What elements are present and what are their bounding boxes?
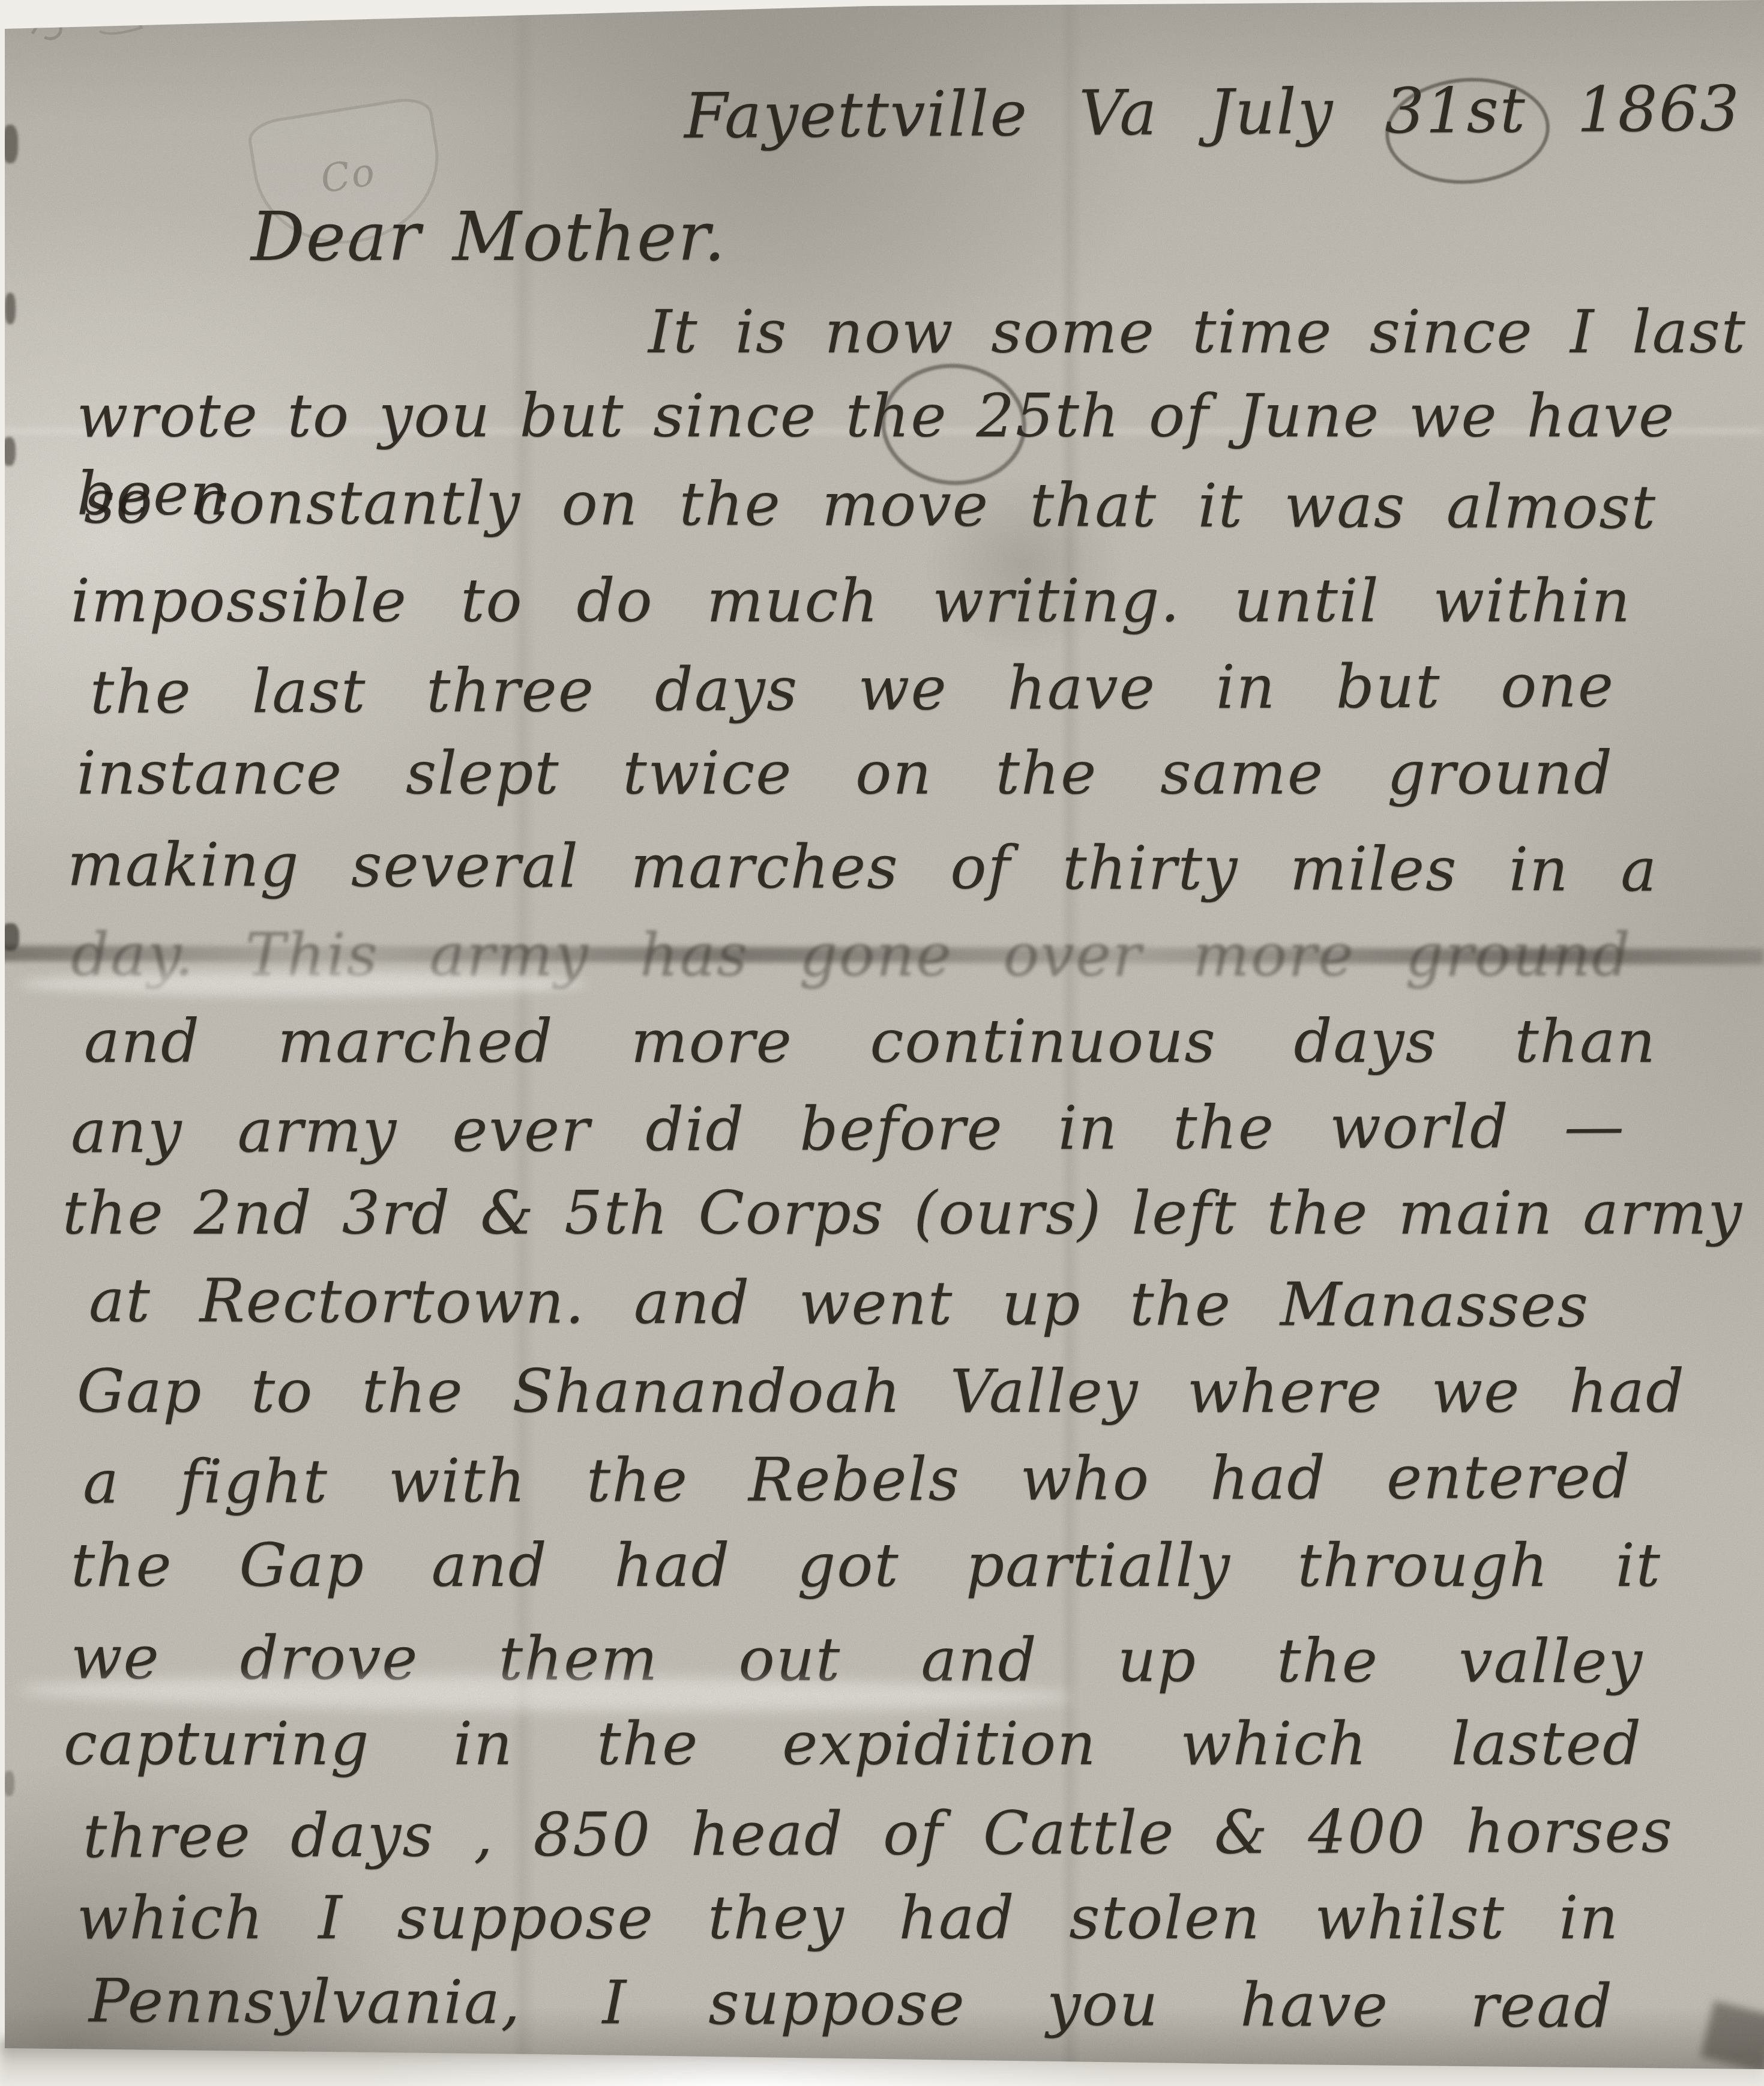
paper-edge-mark	[5, 293, 16, 324]
letter-line-15: the Gap and had got partially through it	[71, 1527, 1661, 1605]
letter-line-20: Pennsylvania, I suppose you have read	[89, 1962, 1613, 2046]
crease-highlight	[18, 971, 588, 996]
letter-line-12: at Rectortown. and went up the Manasses	[89, 1262, 1589, 1345]
letter-line-7: making several marches of thirty miles i…	[67, 825, 1658, 909]
paper-edge-mark	[2, 437, 16, 466]
paper-edge-mark	[4, 1771, 14, 1796]
letter-line-6: instance slept twice on the same ground	[77, 734, 1613, 812]
dateline: Fayettville Va July 31st 1863	[684, 70, 1741, 155]
horizontal-crease-line	[0, 945, 1764, 964]
letter-line-11: the 2nd 3rd & 5th Corps (ours) left the …	[62, 1174, 1743, 1252]
letter-paper: Co Fayettville Va July 31st 1863 Dear Mo…	[0, 0, 1764, 2086]
letter-line-13: Gap to the Shanandoah Valley where we ha…	[77, 1352, 1685, 1430]
salutation: Dear Mother.	[251, 198, 726, 276]
letter-line-10: any army ever did before in the world —	[71, 1087, 1625, 1171]
pencil-scribble-mark	[24, 5, 192, 59]
letter-line-19: which I suppose they had stolen whilst i…	[77, 1879, 1619, 1957]
letter-line-17: capturing in the expidition which lasted	[64, 1705, 1642, 1783]
letter-line-9: and marched more continuous days than	[84, 1002, 1657, 1081]
letter-line-1: It is now some time since I last	[648, 293, 1747, 371]
stamp-text: Co	[318, 149, 379, 202]
letter-line-4: impossible to do much writing. until wit…	[71, 562, 1631, 640]
letter-line-5: the last three days we have in but one	[90, 647, 1615, 731]
letter-line-14: a fight with the Rebels who had entered	[83, 1438, 1631, 1521]
paper-edge-mark	[2, 125, 18, 163]
letter-line-18: three days , 850 head of Cattle & 400 ho…	[83, 1792, 1673, 1875]
letter-line-3: so constantly on the move that it was al…	[84, 463, 1657, 546]
